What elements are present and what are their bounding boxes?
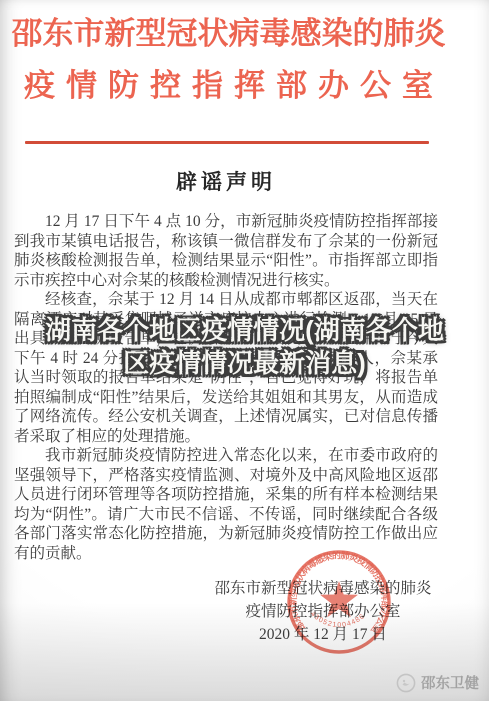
statement-title: 辟谣声明 [0,166,452,196]
caption-line2: 区疫情情况最新消息) [0,347,489,380]
statement-body: 12 月 17 日下午 4 点 10 分，市新冠肺炎疫情防控指挥部接到我市某镇电… [14,212,438,563]
seal-star-icon [320,581,358,617]
watermark-label: 邵东卫健 [421,672,479,693]
caption-line1: 湖南各个地区疫情情况(湖南各个地 [0,314,489,347]
official-seal-icon: 邵东市新型冠状病毒感染的肺炎疫情防控指挥部办公室 430521004486 [285,548,393,656]
statement-paragraph-3: 我市新冠肺炎疫情防控进入常态化以来，在市委市政府的坚强领导下，严格落实疫情监测、… [14,446,438,563]
statement-paragraph-1: 12 月 17 日下午 4 点 10 分，市新冠肺炎疫情防控指挥部接到我市某镇电… [14,212,438,290]
letterhead-line1: 邵东市新型冠状病毒感染的肺炎 [0,8,457,60]
letterhead-line2: 疫情防控指挥部办公室 [0,60,457,112]
svg-text:430521004486: 430521004486 [309,611,367,629]
letterhead-divider [25,141,429,144]
seal-code: 430521004486 [309,611,367,629]
letterhead: 邵东市新型冠状病毒感染的肺炎 疫情防控指挥部办公室 [0,8,457,112]
shaodong-health-logo-icon [396,673,416,693]
watermark: 邵东卫健 [396,672,479,693]
document-photo: 邵东市新型冠状病毒感染的肺炎 疫情防控指挥部办公室 辟谣声明 12 月 17 日… [0,0,489,701]
caption-overlay: 湖南各个地区疫情情况(湖南各个地 区疫情情况最新消息) [0,314,489,380]
